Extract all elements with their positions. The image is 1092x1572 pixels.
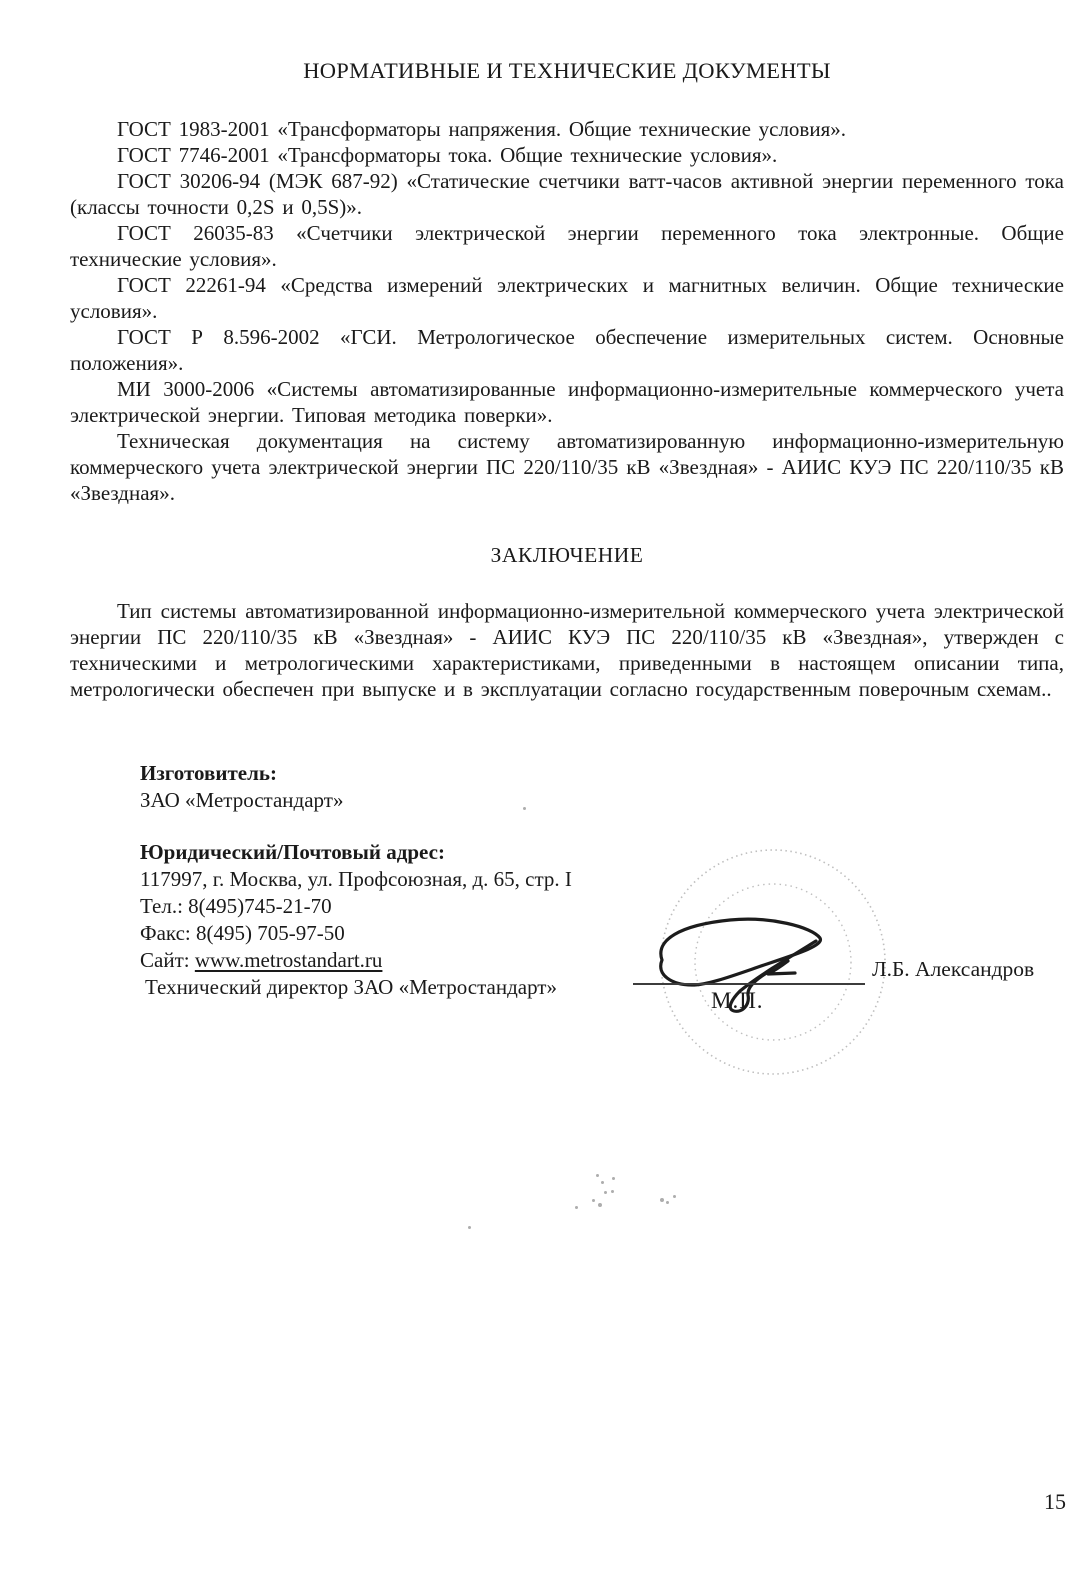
address-phone: Тел.: 8(495)745-21-70 bbox=[140, 893, 1064, 920]
conclusion-text: Тип системы автоматизированной информаци… bbox=[70, 598, 1064, 730]
standard-item: ГОСТ 22261-94 «Средства измерений электр… bbox=[70, 272, 1064, 324]
standard-item: ГОСТ 26035-83 «Счетчики электрической эн… bbox=[70, 220, 1064, 272]
page-title: НОРМАТИВНЫЕ И ТЕХНИЧЕСКИЕ ДОКУМЕНТЫ bbox=[70, 56, 1064, 86]
manufacturer-block: Изготовитель: ЗАО «Метростандарт» bbox=[140, 760, 1064, 814]
document-page: НОРМАТИВНЫЕ И ТЕХНИЧЕСКИЕ ДОКУМЕНТЫ ГОСТ… bbox=[0, 0, 1092, 1572]
address-label: Юридический/Почтовый адрес: bbox=[140, 839, 1064, 866]
manufacturer-label: Изготовитель: bbox=[140, 760, 1064, 787]
standards-list: ГОСТ 1983-2001 «Трансформаторы напряжени… bbox=[70, 116, 1064, 506]
address-street: 117997, г. Москва, ул. Профсоюзная, д. 6… bbox=[140, 866, 1064, 893]
signature-line bbox=[633, 983, 865, 985]
site-url: www.metrostandart.ru bbox=[195, 948, 383, 972]
site-label: Сайт: bbox=[140, 948, 195, 972]
page-content: НОРМАТИВНЫЕ И ТЕХНИЧЕСКИЕ ДОКУМЕНТЫ ГОСТ… bbox=[0, 0, 1092, 1572]
stamp-place-label: М.П. bbox=[711, 988, 764, 1014]
standard-item: Техническая документация на систему авто… bbox=[70, 428, 1064, 506]
manufacturer-name: ЗАО «Метростандарт» bbox=[140, 787, 1064, 814]
signer-name: Л.Б. Александров bbox=[872, 957, 1034, 982]
address-fax: Факс: 8(495) 705-97-50 bbox=[140, 920, 1064, 947]
standard-item: ГОСТ 7746-2001 «Трансформаторы тока. Общ… bbox=[70, 142, 1064, 168]
standard-item: ГОСТ Р 8.596-2002 «ГСИ. Метрологическое … bbox=[70, 324, 1064, 376]
page-number: 15 bbox=[1044, 1489, 1066, 1515]
standard-item: ГОСТ 30206-94 (МЭК 687-92) «Статические … bbox=[70, 168, 1064, 220]
standard-item: МИ 3000-2006 «Системы автоматизированные… bbox=[70, 376, 1064, 428]
standard-item: ГОСТ 1983-2001 «Трансформаторы напряжени… bbox=[70, 116, 1064, 142]
conclusion-heading: ЗАКЛЮЧЕНИЕ bbox=[70, 542, 1064, 568]
